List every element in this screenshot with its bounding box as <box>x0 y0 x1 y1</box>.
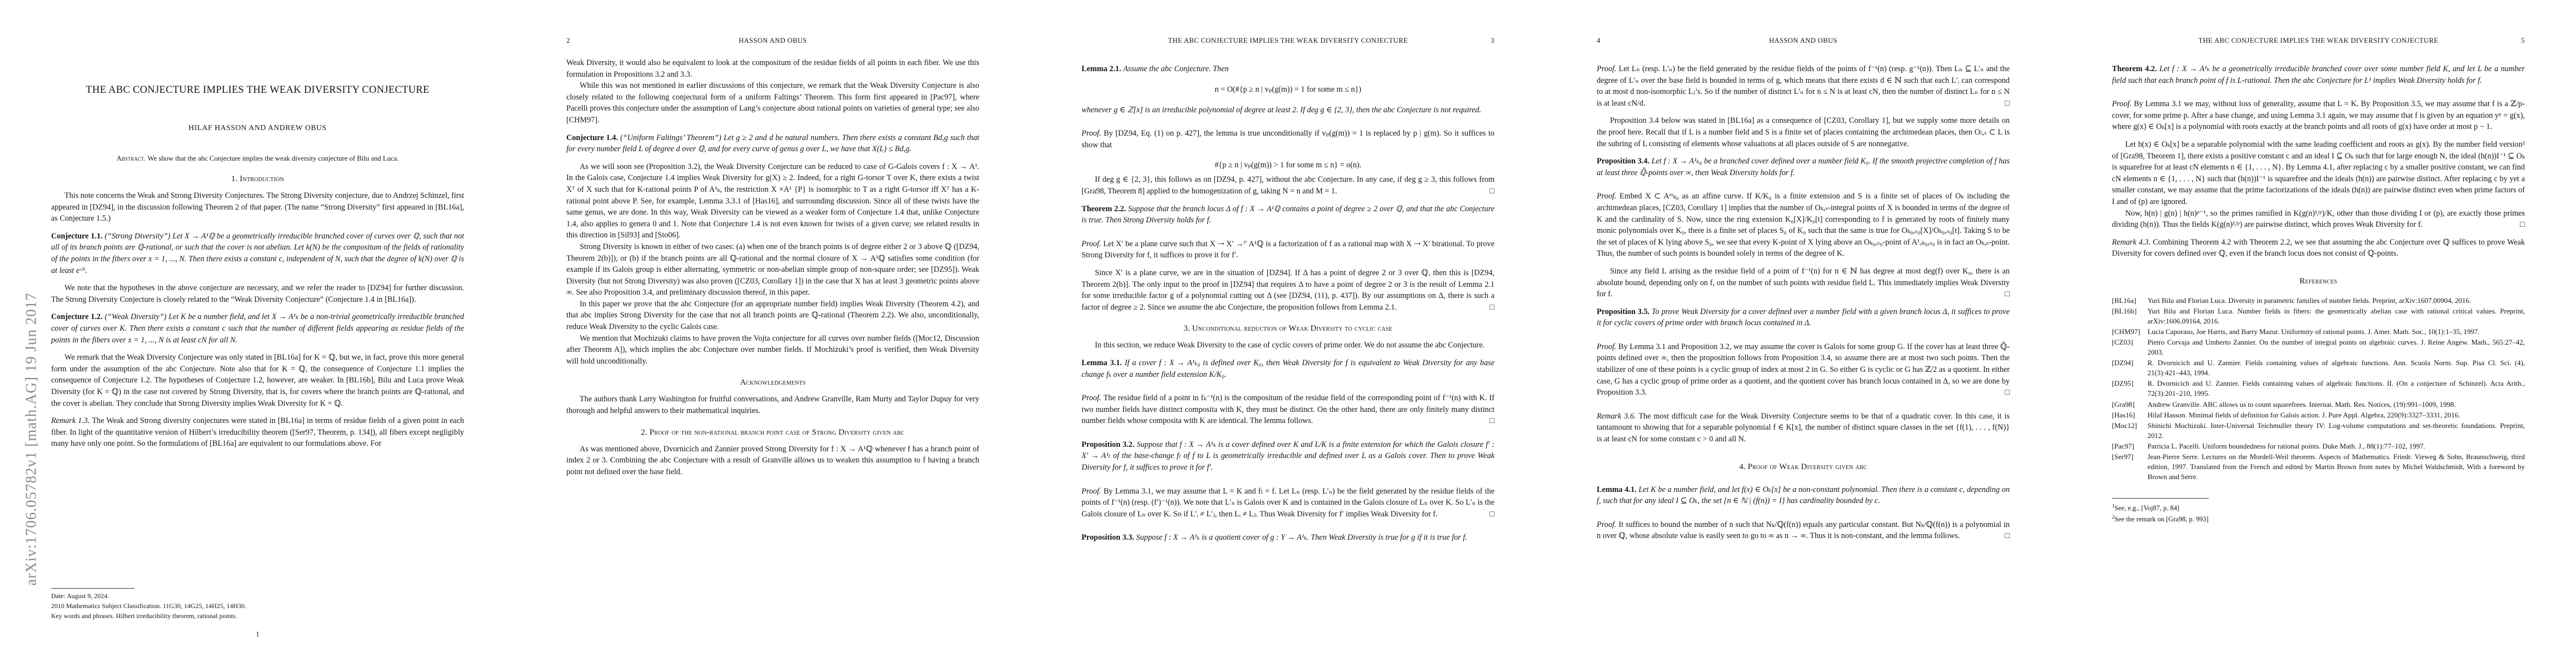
page-5: THE ABC CONJECTURE IMPLIES THE WEAK DIVE… <box>2061 0 2576 667</box>
footnote-text: See, e.g., [Voj87, p. 84] <box>2115 504 2180 512</box>
reference-item: [Moc12]Shinichi Mochizuki. Inter-Univers… <box>2112 421 2525 441</box>
reference-text: Yuri Bilu and Florian Luca. Diversity in… <box>2148 296 2525 306</box>
theorem-block: Proposition 3.3. Suppose f : X → A¹ₖ is … <box>1082 532 1494 544</box>
footnote: 1See, e.g., [Voj87, p. 84] <box>2112 502 2525 514</box>
running-head-page-number: 2 <box>566 37 592 45</box>
paragraph-text: Now, h(n) | g(n) | h(n)ᵖ⁻¹, so the prime… <box>2112 209 2525 230</box>
theorem-text: If a cover f : X → A¹ₖ₀ is defined over … <box>1082 359 1494 379</box>
authors: HILAF HASSON AND ANDREW OBUS <box>51 123 464 132</box>
proof-block: Proof. Let Lₙ (resp. L′ₙ) be the field g… <box>1597 63 2010 109</box>
paragraph: We note that the hypotheses in the above… <box>51 282 464 305</box>
reference-item: [CZ03]Pietro Corvaja and Umberto Zannier… <box>2112 337 2525 357</box>
proof-text: By Lemma 3.1 and Proposition 3.2, we may… <box>1597 342 2010 397</box>
reference-text: R. Dvornicich and U. Zannier. Fields con… <box>2148 358 2525 378</box>
theorem-text: Suppose that f : X → A¹ₖ is a cover defi… <box>1082 440 1494 472</box>
reference-item: [Pac97]Patricia L. Pacelli. Uniform boun… <box>2112 441 2525 451</box>
paragraph-text: Weak Diversity, it would also be equival… <box>566 58 979 79</box>
proof-text: The residue field of a point in fₖ⁻¹(n) … <box>1082 394 1494 425</box>
paragraph-text: As we will soon see (Proposition 3.2), t… <box>566 162 979 240</box>
running-head-page-number: 4 <box>1597 37 1622 45</box>
theorem-label: Proposition 3.3. <box>1082 533 1136 542</box>
theorem-label: Proposition 3.4. <box>1597 157 1652 166</box>
qed-symbol: □ <box>1991 288 2010 300</box>
proof-label: Proof. <box>1082 240 1103 248</box>
reference-label: [Gra98] <box>2112 400 2148 410</box>
reference-text: Jean-Pierre Serre. Lectures on the Morde… <box>2148 452 2525 482</box>
proof-text: Let Lₙ (resp. L′ₙ) be the field generate… <box>1597 64 2010 108</box>
proof-text: By [DZ94, Eq. (1) on p. 427], the lemma … <box>1082 129 1494 150</box>
theorem-block: Proposition 3.5. To prove Weak Diversity… <box>1597 306 2010 329</box>
paper-title: THE ABC CONJECTURE IMPLIES THE WEAK DIVE… <box>86 83 429 98</box>
footer-line: Key words and phrases. Hilbert irreducib… <box>51 611 464 621</box>
theorem-text: Let K be a number field, and let f(x) ∈ … <box>1597 485 2010 506</box>
theorem-block: Proposition 3.2. Suppose that f : X → A¹… <box>1082 439 1494 474</box>
page-number: 1 <box>51 629 464 640</box>
reference-item: [BL16a]Yuri Bilu and Florian Luca. Diver… <box>2112 296 2525 306</box>
footer-rule <box>51 588 134 589</box>
theorem-text: Let f : X → A¹ₖ₀ be a branched cover def… <box>1597 157 2010 177</box>
paragraph-text: We mention that Mochizuki claims to have… <box>566 334 979 366</box>
theorem-text: Suppose that the branch locus Δ of f : X… <box>1082 205 1494 225</box>
reference-item: [DZ95]R. Dvornicich and U. Zannier. Fiel… <box>2112 379 2525 399</box>
paragraph: Strong Diversity is known in either of t… <box>566 241 979 298</box>
proof-block: Proof. Embed X ⊂ Aᵐₖ₀ as an affine curve… <box>1597 191 2010 260</box>
reference-item: [BL16b]Yuri Bilu and Florian Luca. Numbe… <box>2112 306 2525 326</box>
paragraph: Now, h(n) | g(n) | h(n)ᵖ⁻¹, so the prime… <box>2112 208 2525 231</box>
remark-text: Combining Theorem 4.2 with Theorem 2.2, … <box>2112 238 2525 258</box>
qed-symbol: □ <box>2507 219 2525 231</box>
theorem-text: Let f : X → A¹ₖ be a geometrically irred… <box>2112 64 2525 85</box>
paragraph: We mention that Mochizuki claims to have… <box>566 333 979 367</box>
paragraph-text: Proposition 3.4 below was stated in [BL1… <box>1597 116 2010 148</box>
paragraph: We remark that the Weak Diversity Conjec… <box>51 352 464 409</box>
page-1: THE ABC CONJECTURE IMPLIES THE WEAK DIVE… <box>0 0 515 667</box>
theorem-block: Lemma 2.1. Assume the abc Conjecture. Th… <box>1082 63 1494 75</box>
abstract: Abstract. We show that the abc Conjectur… <box>117 153 399 164</box>
running-head: THE ABC CONJECTURE IMPLIES THE WEAK DIVE… <box>1082 37 1494 45</box>
reference-label: [BL16b] <box>2112 306 2148 326</box>
theorem-text: Suppose f : X → A¹ₖ is a quotient cover … <box>1136 533 1467 542</box>
running-head-title: THE ABC CONJECTURE IMPLIES THE WEAK DIVE… <box>1107 37 1469 45</box>
section-heading: 4. Proof of Weak Diversity given abc <box>1597 462 2010 472</box>
section-heading: 1. Introduction <box>51 175 464 184</box>
page-footer: Date: August 9, 2024.2010 Mathematics Su… <box>51 588 464 639</box>
qed-symbol: □ <box>2005 530 2010 542</box>
proof-label: Proof. <box>1082 129 1104 138</box>
paragraph-text: In this paper we prove that the abc Conj… <box>566 300 979 331</box>
proof-block: Proof. The residue field of a point in f… <box>1082 392 1494 427</box>
theorem-label: Lemma 2.1. <box>1082 64 1123 73</box>
qed-symbol: □ <box>2005 387 2010 399</box>
theorem-label: Conjecture 1.1. <box>51 232 104 241</box>
running-head-title: HASSON AND OBUS <box>592 37 954 45</box>
reference-text: Andrew Granville. ABC allows us to count… <box>2148 400 2525 410</box>
reference-label: [CHM97] <box>2112 327 2148 337</box>
remark-text: The Weak and Strong diversity conjecture… <box>51 416 464 448</box>
running-head-title: THE ABC CONJECTURE IMPLIES THE WEAK DIVE… <box>2137 37 2499 45</box>
remark-block: Remark 3.6. The most difficult case for … <box>1597 411 2010 445</box>
remark-block: Remark 4.3. Combining Theorem 4.2 with T… <box>2112 237 2525 260</box>
paper-canvas: arXiv:1706.05782v1 [math.AG] 19 Jun 2017… <box>0 0 2576 667</box>
reference-text: Lucia Caporaso, Joe Harris, and Barry Ma… <box>2148 327 2525 337</box>
theorem-text: Assume the abc Conjecture. Then <box>1123 64 1229 73</box>
page-4: 4HASSON AND OBUSProof. Let Lₙ (resp. L′ₙ… <box>1546 0 2061 667</box>
qed-symbol: □ <box>1476 186 1494 197</box>
paragraph: As was mentioned above, Dvornicich and Z… <box>566 444 979 478</box>
paragraph: The authors thank Larry Washington for f… <box>566 394 979 416</box>
footnote-rule <box>2112 498 2209 499</box>
reference-text: Shinichi Mochizuki. Inter-Universal Teic… <box>2148 421 2525 441</box>
proof-block: Proof. By [DZ94, Eq. (1) on p. 427], the… <box>1082 128 1494 151</box>
abstract-label: Abstract. <box>117 155 148 162</box>
running-head: THE ABC CONJECTURE IMPLIES THE WEAK DIVE… <box>2112 37 2525 45</box>
qed-symbol: □ <box>1489 509 1494 520</box>
running-head: 2HASSON AND OBUS <box>566 37 979 45</box>
theorem-block: Conjecture 1.2. (“Weak Diversity”) Let K… <box>51 311 464 346</box>
paragraph-text: This note concerns the Weak and Strong D… <box>51 191 464 223</box>
paragraph: Proposition 3.4 below was stated in [BL1… <box>1597 115 2010 150</box>
remark-block: Remark 1.3. The Weak and Strong diversit… <box>51 415 464 450</box>
section-heading: References <box>2112 277 2525 286</box>
proof-label: Proof. <box>1082 394 1103 402</box>
paragraph-text: We note that the hypotheses in the above… <box>51 283 464 304</box>
proof-text: By Lemma 3.1 we may, without loss of gen… <box>2112 99 2525 131</box>
reference-item: [DZ94]R. Dvornicich and U. Zannier. Fiel… <box>2112 358 2525 378</box>
page-2: 2HASSON AND OBUSWeak Diversity, it would… <box>515 0 1030 667</box>
footnote-text: See the remark on [Gra98, p. 993] <box>2115 515 2209 523</box>
section-heading: Acknowledgements <box>566 378 979 387</box>
paragraph-text: While this was not mentioned in earlier … <box>566 81 979 125</box>
reference-item: [Gra98]Andrew Granville. ABC allows us t… <box>2112 400 2525 410</box>
theorem-label: Theorem 2.2. <box>1082 205 1128 213</box>
display-math: #{p ≥ n | vₚ(g(m)) > 1 for some m ≤ n} =… <box>1082 161 1494 170</box>
proof-text: By Lemma 3.1, we may assume that L = K a… <box>1082 487 1494 519</box>
running-head-page-number: 3 <box>1469 37 1494 45</box>
paragraph-text: If deg g ∈ {2, 3}, this follows as on [D… <box>1082 175 1494 196</box>
theorem-text: (“Uniform Faltings’ Theorem”) Let g ≥ 2 … <box>566 133 979 154</box>
remark-label: Remark 1.3. <box>51 416 92 425</box>
theorem-label: Lemma 4.1. <box>1597 485 1638 494</box>
footer-line: 2010 Mathematics Subject Classification.… <box>51 601 464 611</box>
proof-text: Embed X ⊂ Aᵐₖ₀ as an affine curve. If K/… <box>1597 192 2010 258</box>
paragraph-text: Let h(x) ∈ Oₖ[x] be a separable polynomi… <box>2112 140 2525 206</box>
proof-label: Proof. <box>2112 99 2134 108</box>
paragraph: While this was not mentioned in earlier … <box>566 80 979 126</box>
qed-symbol: □ <box>1476 302 1494 313</box>
reference-label: [BL16a] <box>2112 296 2148 306</box>
reference-text: Pietro Corvaja and Umberto Zannier. On t… <box>2148 337 2525 357</box>
proof-label: Proof. <box>1597 342 1618 351</box>
qed-symbol: □ <box>2005 98 2010 109</box>
proof-text: Let X′ be a plane curve such that X ⇢ X′… <box>1082 240 1494 260</box>
reference-text: Hilaf Hasson. Minimal fields of definiti… <box>2148 410 2525 420</box>
paragraph: As we will soon see (Proposition 3.2), t… <box>566 161 979 241</box>
paragraph: In this section, we reduce Weak Diversit… <box>1082 340 1494 351</box>
reference-label: [Moc12] <box>2112 421 2148 441</box>
reference-label: [DZ94] <box>2112 358 2148 378</box>
reference-label: [Ser97] <box>2112 452 2148 482</box>
theorem-block: Conjecture 1.1. (“Strong Diversity”) Let… <box>51 231 464 276</box>
reference-item: [Has16]Hilaf Hasson. Minimal fields of d… <box>2112 410 2525 420</box>
paragraph-text: In this section, we reduce Weak Diversit… <box>1095 341 1484 350</box>
paragraph: Weak Diversity, it would also be equival… <box>566 57 979 80</box>
theorem-block: Theorem 4.2. Let f : X → A¹ₖ be a geomet… <box>2112 63 2525 86</box>
running-head-page-number: 5 <box>2499 37 2525 45</box>
proof-block: Proof. It suffices to bound the number o… <box>1597 519 2010 542</box>
references-list: [BL16a]Yuri Bilu and Florian Luca. Diver… <box>2112 296 2525 482</box>
footnote: 2See the remark on [Gra98, p. 993] <box>2112 514 2525 525</box>
page-3: THE ABC CONJECTURE IMPLIES THE WEAK DIVE… <box>1030 0 1546 667</box>
footer-line: Date: August 9, 2024. <box>51 591 464 601</box>
display-math: n = O(#{p ≥ n | vₚ(g(m)) = 1 for some m … <box>1082 85 1494 94</box>
theorem-label: Conjecture 1.2. <box>51 312 104 321</box>
arxiv-stamp: arXiv:1706.05782v1 [math.AG] 19 Jun 2017 <box>23 292 40 585</box>
proof-block: Proof. By Lemma 3.1 and Proposition 3.2,… <box>1597 341 2010 399</box>
reference-label: [DZ95] <box>2112 379 2148 399</box>
paragraph: Let h(x) ∈ Oₖ[x] be a separable polynomi… <box>2112 139 2525 208</box>
remark-text: The most difficult case for the Weak Div… <box>1597 412 2010 444</box>
reference-label: [CZ03] <box>2112 337 2148 357</box>
paragraph-text: Since any field L arising as the residue… <box>1597 267 2010 298</box>
paragraph-text: The authors thank Larry Washington for f… <box>566 395 979 415</box>
theorem-label: Conjecture 1.4. <box>566 133 620 142</box>
section-heading: 3. Unconditional reduction of Weak Diver… <box>1082 324 1494 333</box>
paragraph-text: We remark that the Weak Diversity Conjec… <box>51 353 464 407</box>
paragraph-text: As was mentioned above, Dvornicich and Z… <box>566 445 979 476</box>
paragraph: If deg g ∈ {2, 3}, this follows as on [D… <box>1082 174 1494 197</box>
reference-text: R. Dvornicich and U. Zannier. Fields con… <box>2148 379 2525 399</box>
running-head: 4HASSON AND OBUS <box>1597 37 2010 45</box>
theorem-block: Theorem 2.2. Suppose that the branch loc… <box>1082 203 1494 226</box>
running-head-title: HASSON AND OBUS <box>1622 37 1984 45</box>
qed-symbol: □ <box>1489 415 1494 427</box>
theorem-label: Lemma 3.1. <box>1082 359 1125 367</box>
reference-item: [Ser97]Jean-Pierre Serre. Lectures on th… <box>2112 452 2525 482</box>
reference-label: [Has16] <box>2112 410 2148 420</box>
proof-label: Proof. <box>1597 192 1620 201</box>
proof-label: Proof. <box>1082 487 1104 496</box>
paragraph: This note concerns the Weak and Strong D… <box>51 190 464 225</box>
remark-label: Remark 3.6. <box>1597 412 1638 421</box>
theorem-label: Theorem 4.2. <box>2112 64 2159 73</box>
reference-label: [Pac97] <box>2112 441 2148 451</box>
paragraph: In this paper we prove that the abc Conj… <box>566 298 979 333</box>
reference-text: Patricia L. Pacelli. Uniform boundedness… <box>2148 441 2525 451</box>
paragraph: Since X′ is a plane curve, we are in the… <box>1082 267 1494 313</box>
reference-text: Yuri Bilu and Florian Luca. Number field… <box>2148 306 2525 326</box>
theorem-block: Proposition 3.4. Let f : X → A¹ₖ₀ be a b… <box>1597 156 2010 178</box>
footnotes: 1See, e.g., [Voj87, p. 84]2See the remar… <box>2112 498 2525 524</box>
remark-label: Remark 4.3. <box>2112 238 2153 247</box>
proof-block: Proof. By Lemma 3.1 we may, without loss… <box>2112 98 2525 133</box>
abstract-text: We show that the abc Conjecture implies … <box>148 155 399 162</box>
theorem-block: Lemma 3.1. If a cover f : X → A¹ₖ₀ is de… <box>1082 357 1494 380</box>
paragraph: Since any field L arising as the residue… <box>1597 266 2010 300</box>
proof-block: Proof. By Lemma 3.1, we may assume that … <box>1082 486 1494 520</box>
theorem-block: Conjecture 1.4. (“Uniform Faltings’ Theo… <box>566 132 979 155</box>
reference-item: [CHM97]Lucia Caporaso, Joe Harris, and B… <box>2112 327 2525 337</box>
theorem-label: Proposition 3.2. <box>1082 440 1137 449</box>
theorem-label: Proposition 3.5. <box>1597 307 1652 316</box>
theorem-text: whenever g ∈ ℤ[x] is an irreducible poly… <box>1082 106 1481 115</box>
theorem-text: (“Strong Diversity”) Let X → A¹ℚ be a ge… <box>51 232 464 275</box>
section-heading: 2. Proof of the non-rational branch poin… <box>566 428 979 437</box>
paragraph-text: Since X′ is a plane curve, we are in the… <box>1082 268 1494 312</box>
proof-block: Proof. Let X′ be a plane curve such that… <box>1082 238 1494 261</box>
paragraph-text: Strong Diversity is known in either of t… <box>566 242 979 297</box>
proof-label: Proof. <box>1597 64 1619 73</box>
proof-text: It suffices to bound the number of n suc… <box>1597 520 2010 541</box>
theorem-block: whenever g ∈ ℤ[x] is an irreducible poly… <box>1082 104 1494 116</box>
proof-label: Proof. <box>1597 520 1618 529</box>
theorem-block: Lemma 4.1. Let K be a number field, and … <box>1597 484 2010 507</box>
theorem-text: To prove Weak Diversity for a cover defi… <box>1597 307 2010 328</box>
theorem-text: (“Weak Diversity”) Let K be a number fie… <box>51 312 464 344</box>
